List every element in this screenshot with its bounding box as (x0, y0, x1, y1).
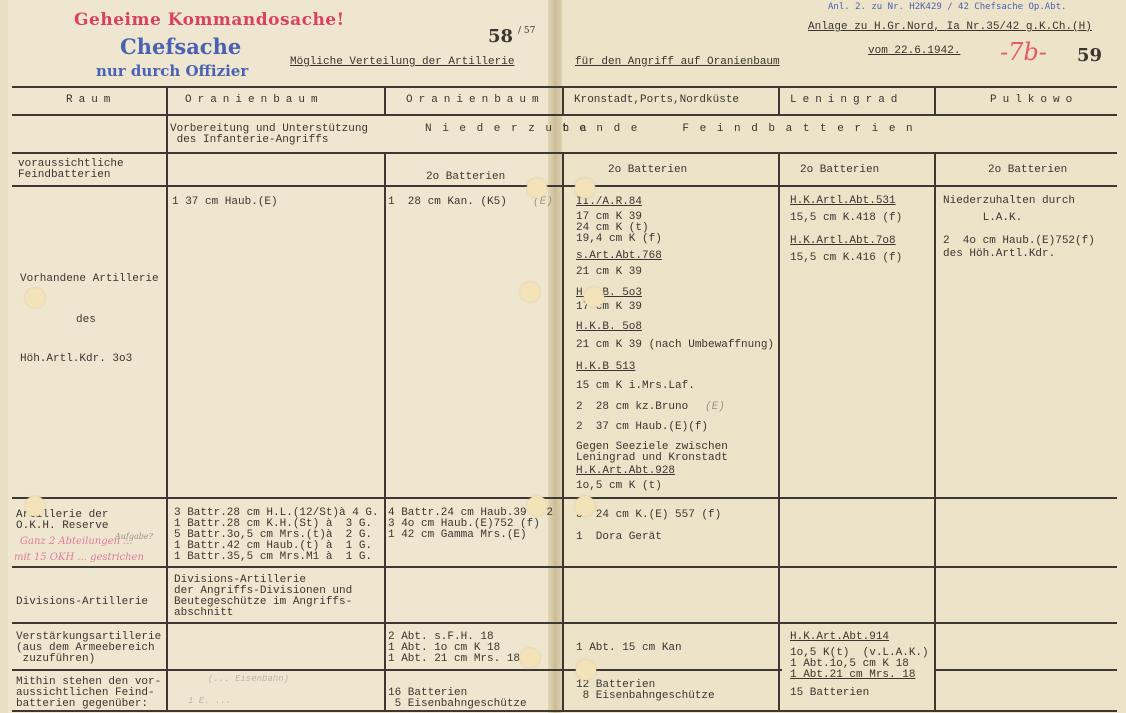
column-header-kronstadt: Kronstadt,Ports,Nordküste (574, 95, 739, 106)
division-artillery-line-4: abschnitt (174, 608, 233, 619)
handwritten-note-2: mit 15 OKH ... gestrichen (14, 552, 144, 563)
punch-hole (25, 288, 45, 308)
pencil-annotation: (E) (533, 197, 553, 208)
row-label-existing-artillery-2: des (76, 315, 96, 326)
punch-hole (527, 178, 547, 198)
sea-targets-note: Gegen Seeziele zwischen Leningrad und Kr… (576, 442, 728, 464)
pulkowo-note-3: 2 4o cm Haub.(E)752(f) (943, 236, 1095, 247)
unit-hkb-513: H.K.B 513 (576, 362, 635, 373)
okh-reserve-oranienbaum-3: 1 42 cm Gamma Mrs.(E) (388, 530, 527, 541)
purpose-infantry-support-line2: des Infanterie-Angriffs (170, 135, 328, 146)
row-divider (12, 669, 782, 671)
unit-hkb-513-gun-2: 2 28 cm kz.Bruno (576, 402, 688, 413)
column-divider (778, 86, 780, 116)
existing-artillery-oranienbaum-1: 1 37 cm Haub.(E) (172, 197, 278, 208)
enemy-batteries-pulkowo: 2o Batterien (988, 165, 1067, 176)
totals-oranienbaum-2: 5 Eisenbahngeschütze (388, 699, 527, 710)
column-header-oranienbaum-2: Oranienbaum (406, 95, 545, 106)
column-divider (778, 152, 780, 712)
row-label-existing-artillery-1: Vorhandene Artillerie (20, 274, 159, 285)
unit-hk-artl-abt-531: H.K.Artl.Abt.531 (790, 196, 896, 207)
reinforcement-oranienbaum-3: 1 Abt. 21 cm Mrs. 18 (388, 654, 520, 665)
unit-hk-artl-abt-708: H.K.Artl.Abt.7o8 (790, 236, 896, 247)
page-fold (548, 0, 562, 713)
page-number-left: 58 (488, 26, 513, 47)
enemy-batteries-kronstadt: 2o Batterien (608, 165, 687, 176)
okh-reserve-line-5: 1 Battr.35,5 cm Mrs.M1 à 1 G. (174, 552, 372, 563)
pencil-annotation: (E) (705, 402, 725, 413)
reinforcement-kronstadt: 1 Abt. 15 cm Kan (576, 643, 682, 654)
row-divider (12, 566, 1117, 568)
unit-ii-ar-84-guns: 17 cm K 39 24 cm K (t) 19,4 cm K (f) (576, 212, 662, 245)
pulkowo-note-1: Niederzuhalten durch (943, 196, 1075, 207)
column-header-raum: Raum (66, 95, 116, 106)
row-divider (12, 152, 1117, 154)
unit-hkb-508: H.K.B. 5o8 (576, 322, 642, 333)
punch-hole (575, 178, 595, 198)
row-divider (12, 497, 1117, 499)
punch-hole (25, 496, 45, 516)
document-page-right (560, 0, 1126, 713)
row-divider (12, 185, 1117, 187)
row-divider (12, 114, 1117, 116)
row-label-reinforcement-3: zuzuführen) (16, 654, 95, 665)
column-divider (934, 152, 936, 712)
unit-hk-art-abt-914-line-3: 1 Abt.21 cm Mrs. 18 (790, 670, 915, 681)
page-number-right: 59 (1077, 45, 1102, 66)
pencil-note: (... Eisenbahn) (208, 674, 289, 684)
unit-hk-art-abt-928: H.K.Art.Abt.928 (576, 466, 675, 477)
unit-s-art-abt-768: s.Art.Abt.768 (576, 251, 662, 262)
unit-hk-art-abt-914: H.K.Art.Abt.914 (790, 632, 889, 643)
punch-hole (575, 496, 595, 516)
row-label-totals-3: batterien gegenüber: (16, 699, 148, 710)
okh-reserve-kronstadt-2: 1 Dora Gerät (576, 532, 662, 543)
unit-hkb-513-gun-3: 2 37 cm Haub.(E)(f) (576, 422, 708, 433)
stamp-anlage-reference: Anl. 2. zu Nr. H2K429 / 42 Chefsache Op.… (828, 2, 1066, 12)
row-divider (935, 669, 1117, 671)
enemy-batteries-oranienbaum: 2o Batterien (426, 172, 505, 183)
totals-kronstadt-2: 8 Eisenbahngeschütze (576, 691, 715, 702)
row-label-division-artillery: Divisions-Artillerie (16, 597, 148, 608)
red-handwritten-mark: -7b- (1000, 38, 1047, 66)
pencil-note: Aufgabe? (115, 532, 153, 541)
okh-reserve-kronstadt-1: 3 24 cm K.(E) 557 (f) (576, 510, 721, 521)
pencil-note: 1 E. ... (188, 696, 231, 706)
punch-hole (520, 648, 540, 668)
stamp-chefsache: Chefsache (120, 34, 241, 59)
punch-hole (576, 660, 596, 680)
pulkowo-note-4: des Höh.Artl.Kdr. (943, 249, 1055, 260)
column-header-leningrad: Leningrad (790, 95, 903, 106)
document-date: vom 22.6.1942. (868, 46, 960, 57)
table-top-border (12, 86, 1117, 88)
column-header-pulkowo: Pulkowo (990, 95, 1078, 106)
unit-hk-artl-abt-708-guns: 15,5 cm K.416 (f) (790, 253, 902, 264)
unit-ii-ar-84: II./A.R.84 (576, 197, 642, 208)
unit-hkb-513-gun-1: 15 cm K i.Mrs.Laf. (576, 381, 695, 392)
table-bottom-border (12, 710, 1117, 712)
existing-artillery-oranienbaum-2: 1 28 cm Kan. (K5) (388, 197, 507, 208)
purpose-suppress-enemy-batteries-right: t e n d e F e i n d b a t t e r i e n (562, 124, 915, 135)
row-label-enemy-batteries-2: Feindbatterien (18, 170, 110, 181)
row-label-existing-artillery-3: Höh.Artl.Kdr. 3o3 (20, 354, 132, 365)
stamp-nur-durch-offizier: nur durch Offizier (96, 62, 248, 80)
stamp-geheime-kommandosache: Geheime Kommandosache! (74, 10, 345, 30)
unit-hk-art-abt-928-guns: 1o,5 cm K (t) (576, 481, 662, 492)
page-number-left-small: / 57 (518, 26, 535, 36)
column-divider (562, 86, 564, 116)
column-divider (934, 86, 936, 116)
anlage-reference: Anlage zu H.Gr.Nord, Ia Nr.35/42 g.K.Ch.… (808, 22, 1092, 33)
row-divider (12, 622, 1117, 624)
unit-s-art-abt-768-guns: 21 cm K 39 (576, 267, 642, 278)
column-header-oranienbaum-1: Oranienbaum (185, 95, 324, 106)
punch-hole (520, 282, 540, 302)
column-divider (562, 152, 564, 712)
unit-hkb-508-guns: 21 cm K 39 (nach Umbewaffnung) (576, 340, 774, 351)
punch-hole (584, 287, 604, 307)
column-divider (166, 86, 168, 712)
column-divider (384, 152, 386, 712)
document-title-right: für den Angriff auf Oranienbaum (575, 57, 780, 68)
enemy-batteries-leningrad: 2o Batterien (800, 165, 879, 176)
punch-hole (527, 496, 547, 516)
column-divider (384, 86, 386, 116)
unit-hk-artl-abt-531-guns: 15,5 cm K.418 (f) (790, 213, 902, 224)
document-title-left: Mögliche Verteilung der Artillerie (290, 57, 514, 68)
totals-leningrad: 15 Batterien (790, 688, 869, 699)
row-label-okh-reserve-2: O.K.H. Reserve (16, 521, 108, 532)
pulkowo-note-2: L.A.K. (943, 213, 1022, 224)
